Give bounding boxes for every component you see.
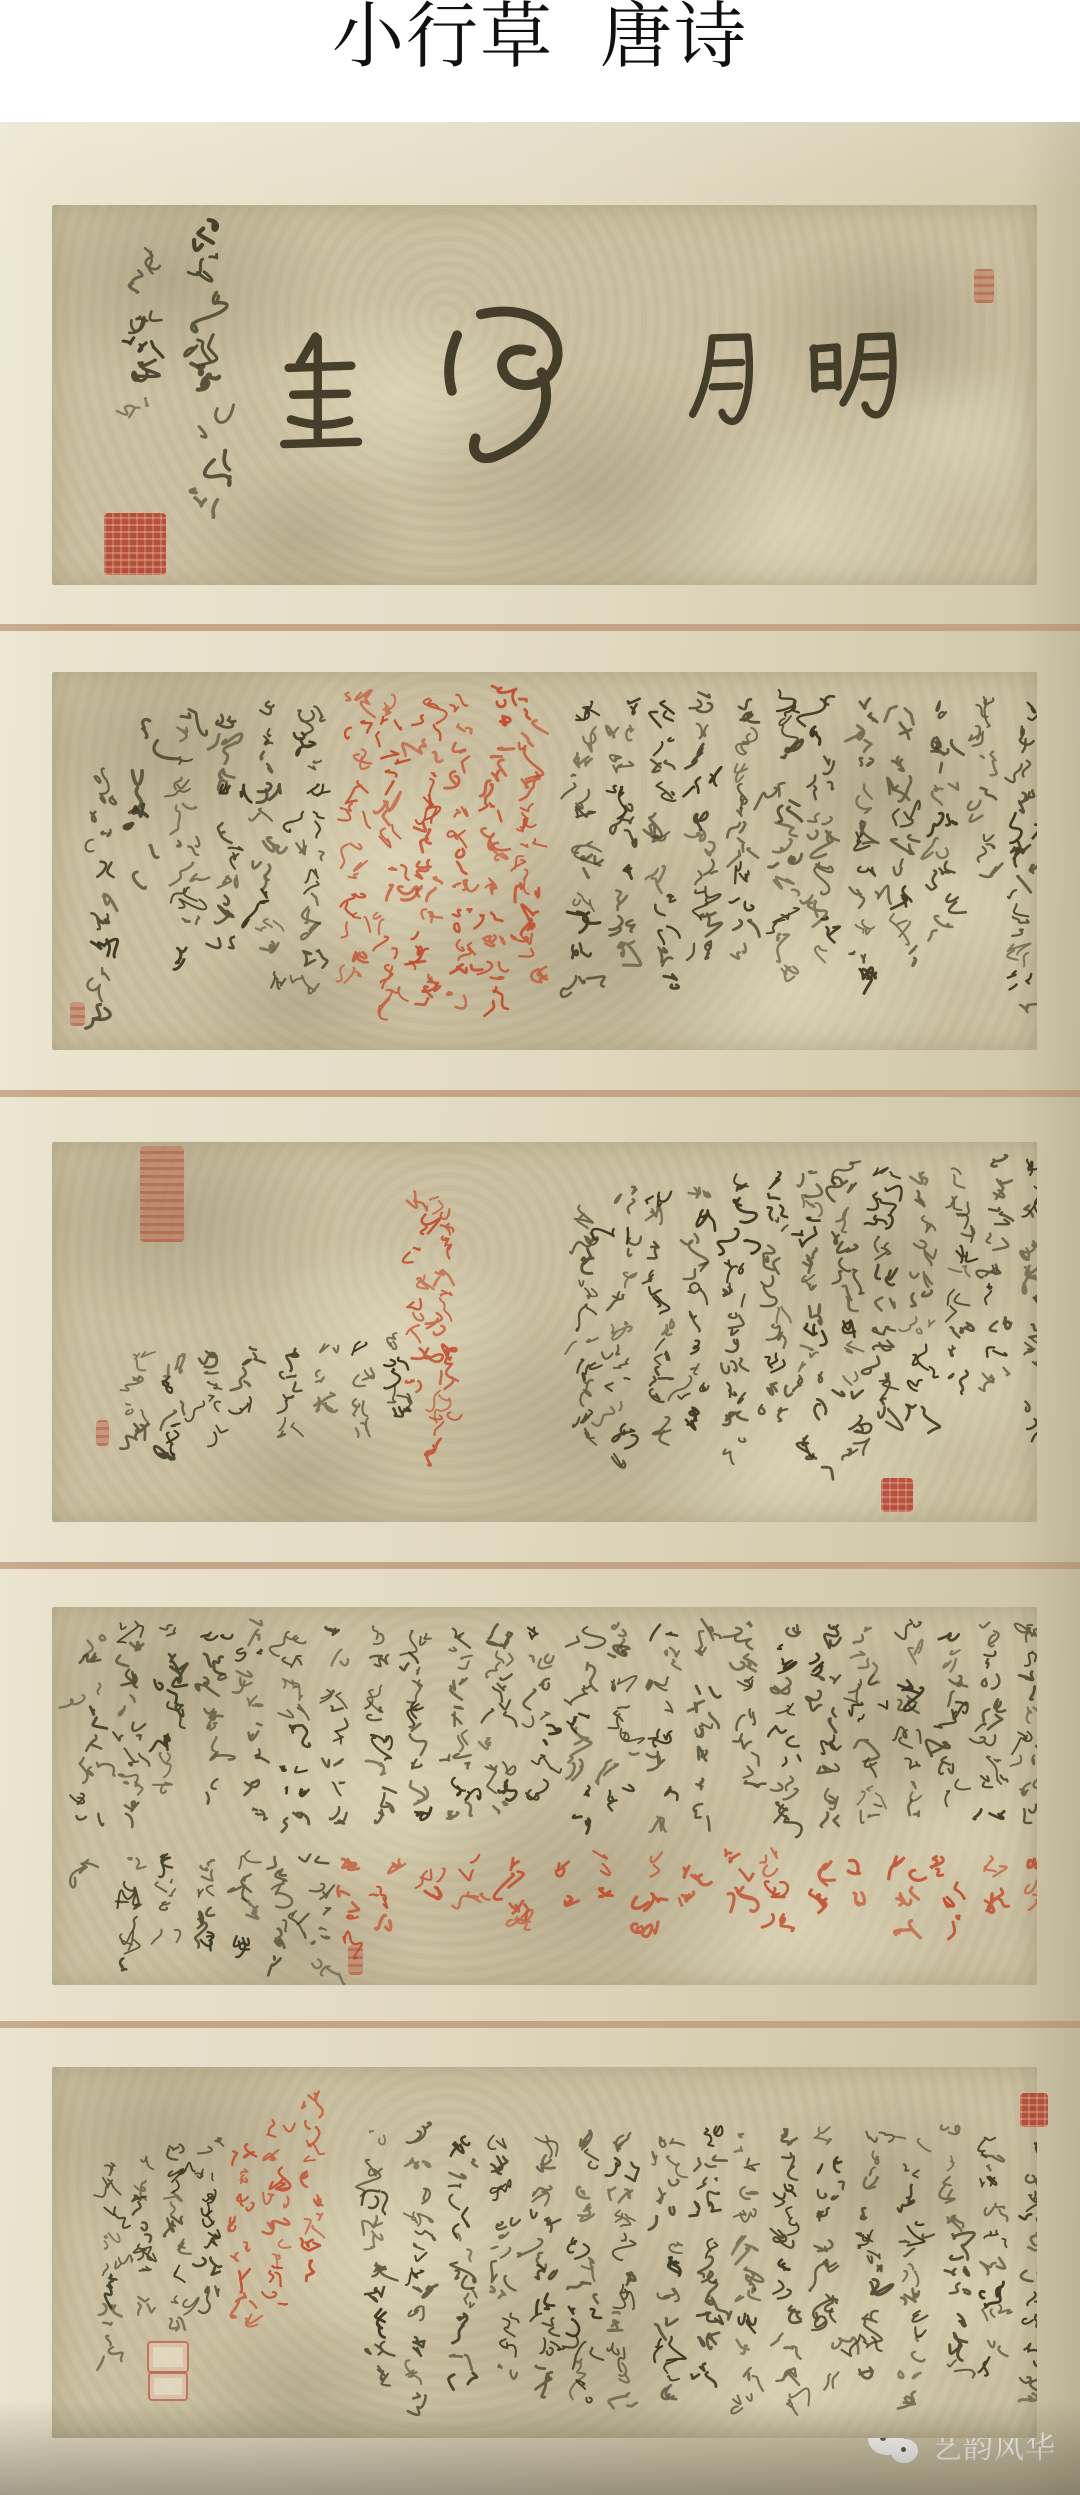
- mount-separator: [0, 624, 1080, 631]
- page-title: 小行草 唐诗: [0, 0, 1080, 82]
- signature-seal-1: [147, 2341, 189, 2373]
- corner-seal-faint: [974, 269, 994, 303]
- tiny-seal-faint: [96, 1420, 109, 1446]
- mount-separator: [0, 2021, 1080, 2028]
- panel-5-poems: [52, 2067, 1037, 2438]
- mount-separator: [0, 1562, 1080, 1569]
- artwork-photo: 艺韵风华: [0, 122, 1080, 2495]
- calligraphy-strokes: [52, 205, 1037, 585]
- panel-2-poems: [52, 672, 1037, 1050]
- big-cursive-char-明: [813, 336, 893, 415]
- big-cursive-char-月: [693, 337, 750, 422]
- calligraphy-strokes: [52, 1607, 1037, 1985]
- artist-seal-small: [881, 1478, 913, 1512]
- collector-seal-pink: [140, 1146, 184, 1242]
- wechat-bubble-small: [891, 2439, 918, 2463]
- tiny-seal-faint: [70, 1002, 85, 1026]
- artist-seal: [104, 513, 166, 575]
- panel-3-poems: [52, 1142, 1037, 1522]
- signature-seal-2: [148, 2372, 188, 2401]
- mount-separator: [0, 1090, 1080, 1097]
- calligraphy-strokes: [52, 1142, 1037, 1522]
- panel-1-title: [52, 205, 1037, 585]
- calligraphy-strokes: [52, 672, 1037, 1050]
- article-page: 小行草 唐诗 艺韵风华: [0, 0, 1080, 2495]
- big-cursive-char-生: [284, 337, 358, 445]
- tiny-seal-faint: [348, 1945, 363, 1975]
- panel-4-poems: [52, 1607, 1037, 1985]
- big-cursive-char-长: [449, 312, 557, 459]
- calligraphy-strokes: [52, 2067, 1037, 2438]
- opening-seal: [1020, 2093, 1048, 2127]
